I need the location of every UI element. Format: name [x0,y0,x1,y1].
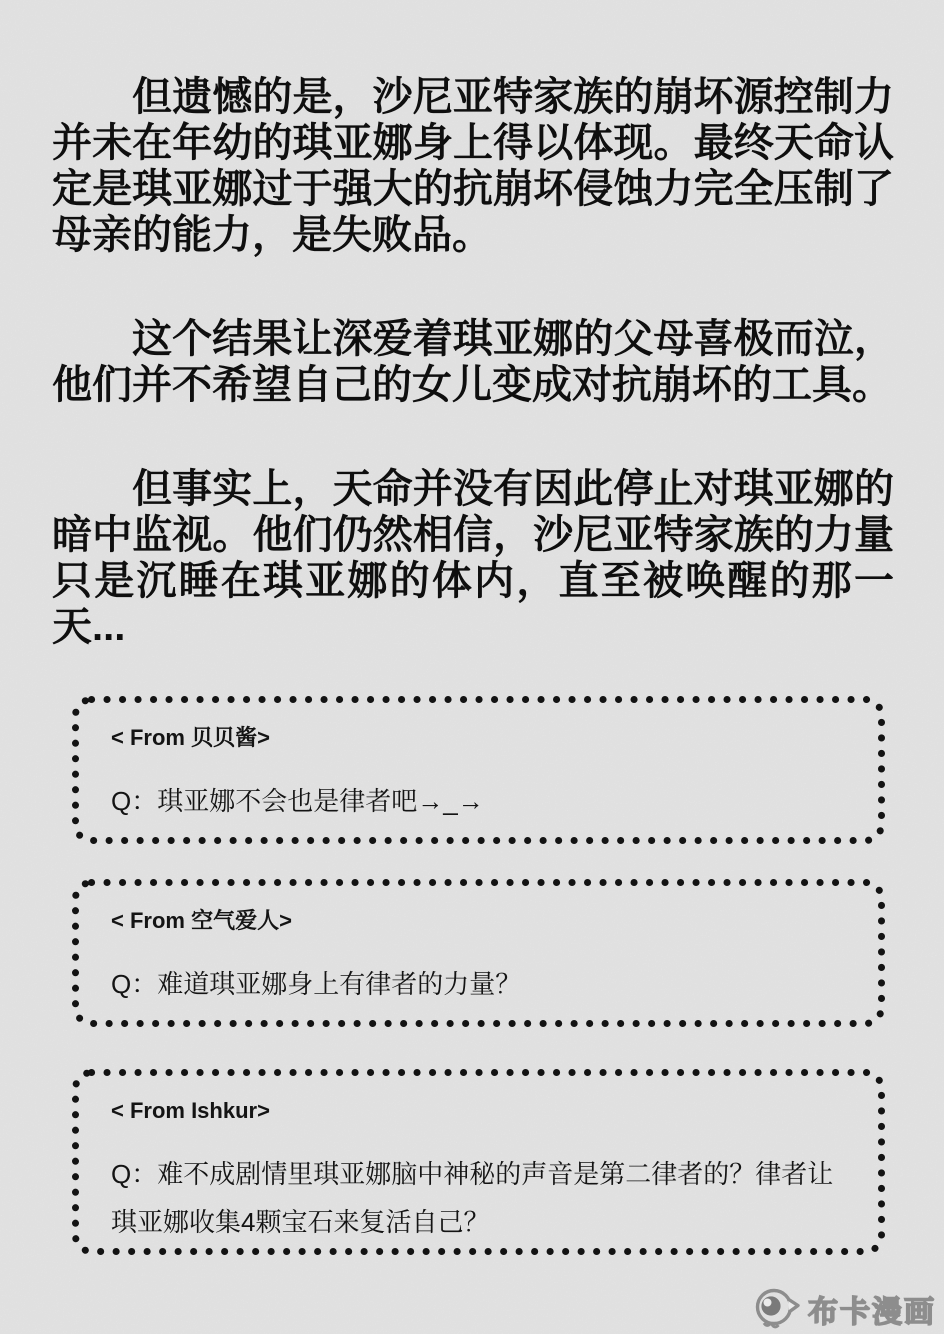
qa-question-text: Q：难道琪亚娜身上有律者的力量？ [111,960,846,1008]
qa-question-text: Q：琪亚娜不会也是律者吧→_→ [111,777,846,825]
story-paragraph-3: 但事实上，天命并没有因此停止对琪亚娜的暗中监视。他们仍然相信，沙尼亚特家族的力量… [52,466,894,650]
buka-logo-text: 布卡漫画 [808,1287,936,1331]
qa-question-text: Q：难不成剧情里琪亚娜脑中神秘的声音是第二律者的？律者让琪亚娜收集4颗宝石来复活… [111,1150,846,1246]
buka-mascot-icon [751,1286,803,1332]
page-content: 但遗憾的是，沙尼亚特家族的崩坏源控制力并未在年幼的琪亚娜身上得以体现。最终天命认… [0,0,944,1256]
story-paragraph-1: 但遗憾的是，沙尼亚特家族的崩坏源控制力并未在年幼的琪亚娜身上得以体现。最终天命认… [52,74,894,258]
story-paragraph-2: 这个结果让深爱着琪亚娜的父母喜极而泣，他们并不希望自己的女儿变成对抗崩坏的工具。 [52,316,894,408]
buka-logo-watermark: 布卡漫画 [751,1286,936,1332]
qa-from-label: < From 贝贝酱> [111,725,846,751]
qa-from-label: < From 空气爱人> [111,908,846,934]
qa-box-3: < From Ishkur> Q：难不成剧情里琪亚娜脑中神秘的声音是第二律者的？… [71,1068,886,1256]
comic-page: 但遗憾的是，沙尼亚特家族的崩坏源控制力并未在年幼的琪亚娜身上得以体现。最终天命认… [0,0,944,1334]
qa-box-1: < From 贝贝酱> Q：琪亚娜不会也是律者吧→_→ [71,695,886,845]
qa-from-label: < From Ishkur> [111,1098,846,1124]
qa-box-2: < From 空气爱人> Q：难道琪亚娜身上有律者的力量？ [71,878,886,1028]
